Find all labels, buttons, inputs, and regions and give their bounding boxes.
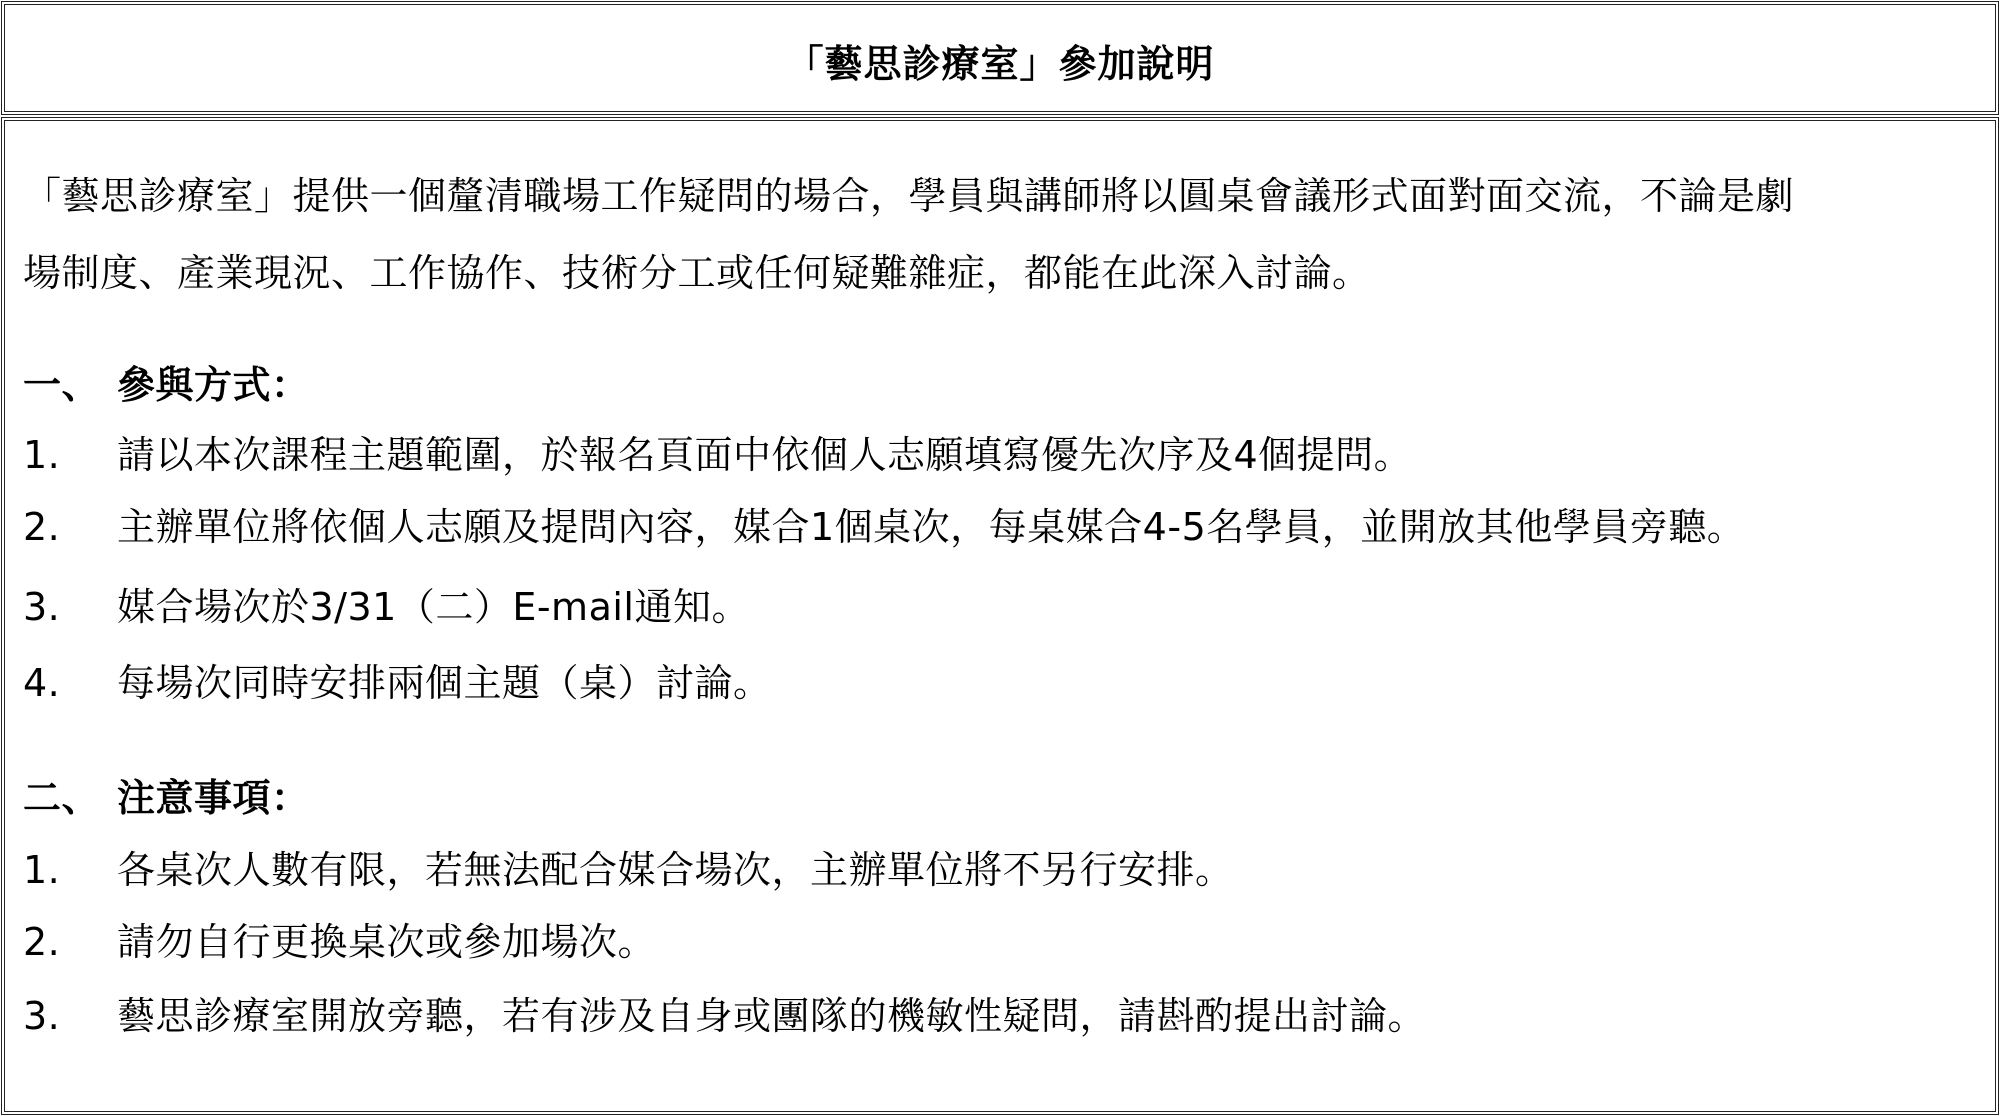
item-text: 請以本次課程主題範圍，於報名頁面中依個人志願填寫優先次序及4個提問。 (117, 430, 1412, 480)
section-title: 參與方式： (117, 360, 310, 410)
item-number: 3. (23, 991, 60, 1041)
section-title: 注意事項： (117, 773, 310, 823)
intro-line-2: 場制度、產業現況、工作協作、技術分工或任何疑難雜症，都能在此深入討論。 (23, 248, 1977, 298)
item-text: 主辦單位將依個人志願及提問內容，媒合1個桌次，每桌媒合4-5名學員，並開放其他學… (117, 502, 1745, 552)
item-number: 4. (23, 658, 60, 708)
document-title: 「藝思診療室」參加說明 (5, 39, 1995, 89)
item-text: 媒合場次於3/31（二）E-mail通知。 (117, 582, 750, 632)
item-text: 請勿自行更換桌次或參加場次。 (117, 917, 656, 967)
item-number: 3. (23, 582, 60, 632)
item-number: 2. (23, 917, 60, 967)
item-number: 1. (23, 845, 60, 895)
section-number: 二、 (23, 773, 100, 823)
title-box: 「藝思診療室」參加說明 (1, 1, 1999, 115)
intro-line-1: 「藝思診療室」提供一個釐清職場工作疑問的場合，學員與講師將以圓桌會議形式面對面交… (23, 171, 1977, 221)
item-text: 藝思診療室開放旁聽，若有涉及自身或團隊的機敏性疑問，請斟酌提出討論。 (117, 991, 1426, 1041)
item-number: 1. (23, 430, 60, 480)
item-text: 每場次同時安排兩個主題（桌）討論。 (117, 658, 772, 708)
item-number: 2. (23, 502, 60, 552)
section-number: 一、 (23, 360, 100, 410)
content-box: 「藝思診療室」提供一個釐清職場工作疑問的場合，學員與講師將以圓桌會議形式面對面交… (1, 117, 1999, 1115)
item-text: 各桌次人數有限，若無法配合媒合場次，主辦單位將不另行安排。 (117, 845, 1234, 895)
